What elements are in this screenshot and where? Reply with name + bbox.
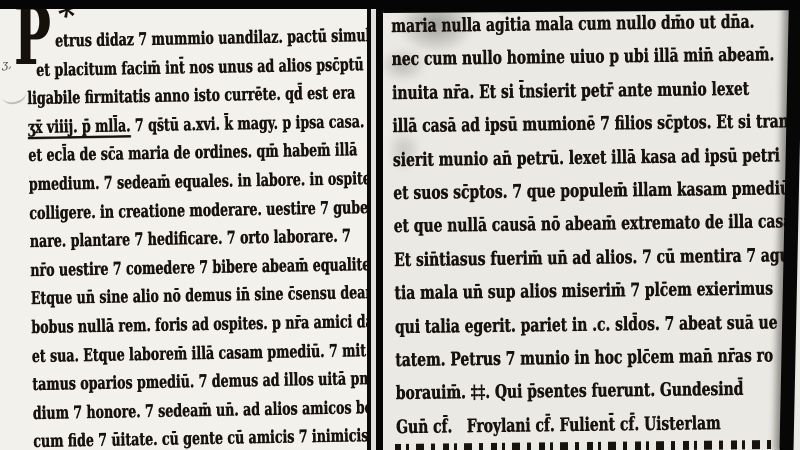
text-line: bobus nullā rem. foris ad ospites. p nr̄…: [31, 310, 280, 343]
underlined-era-segment: ʒx̄ viiij. p̄ mll̄a.: [28, 116, 131, 138]
text-line: nare. plantare 7 hedificare. 7 orto labo…: [29, 224, 278, 257]
text-line: colligere. in creatione moderare. uestir…: [29, 195, 278, 228]
text-line: dium 7 honore. 7 sedeam̄ un̄. ad alios a…: [32, 395, 281, 428]
text-line: tia mala un̄ sup alios miserim̄ 7 plc̄em…: [394, 273, 698, 310]
text-line: et suos sc̄ptos. 7 que populem̄ illam ka…: [393, 173, 697, 210]
left-page: P * ʒ, etrus didaz 7 mummio uandilaz. pa…: [0, 0, 367, 450]
left-text-column: etrus didaz 7 mummio uandilaz. pactū sim…: [26, 22, 367, 450]
text-line: etrus didaz 7 mummio uandilaz. pactū sim…: [26, 24, 275, 57]
text-line: et placitum facim̄ int̄ nos unus ad alio…: [26, 52, 275, 85]
text-line: Etque un̄ sine alio nō demus in̄ sine c̄…: [30, 281, 279, 314]
text-line: Gun̄ cf̄. Froylani cf̄. Fulient̄ cf̄. Ui…: [396, 407, 700, 444]
manuscript-scan: P * ʒ, etrus didaz 7 mummio uandilaz. pa…: [0, 0, 800, 450]
text-line: pmedium. 7 sedeam̄ equales. in labore. i…: [28, 167, 277, 200]
right-page: maria nulla agitia mala cum nullo dm̄o u…: [383, 0, 800, 450]
text-line: qui talia egerit. pariet in .c. sld̄os. …: [395, 307, 699, 344]
text-line: inuita nr̄a. Et si t̄nsierit petr̄ ante …: [392, 73, 696, 110]
text-line-era: ʒx̄ viiij. p̄ mll̄a. 7 qs̄tū a.xvi. k̄ m…: [27, 109, 276, 142]
text-line: 7 qs̄tū a.xvi. k̄ magy. p ipsa casa.: [130, 112, 364, 136]
pencil-mark: [0, 83, 28, 106]
text-line: Et sin̄tiasus fuerim̄ un̄ ad alios. 7 cū…: [394, 240, 698, 277]
margin-annotation: ʒ,: [2, 58, 12, 71]
text-line: et que nullā causā nō abeam̄ extremato d…: [393, 207, 697, 244]
text-line: cum fide 7 ūitate. cū gente cū amicis 7 …: [33, 424, 282, 450]
text-line: illā casā ad ipsū mumionē 7 filios sc̄pt…: [392, 106, 696, 143]
right-text-column: maria nulla agitia mala cum nullo dm̄o u…: [391, 5, 800, 444]
text-line: borauim̄. ‡‡. Qui p̄sentes fuerunt. Gund…: [395, 374, 699, 411]
drop-cap-initial: P: [14, 0, 50, 74]
text-line: tatem. Petrus 7 munio in hoc plc̄em man̄…: [395, 340, 699, 377]
text-line: nec cum nullo homine uiuo p ubi illā min…: [391, 40, 695, 77]
right-page-edge-bar: [376, 0, 383, 450]
text-line: ligabile firmitatis anno isto currēte. q…: [27, 81, 276, 114]
text-line: sierit munio an̄ petrū. lexet illā kasa …: [393, 140, 697, 177]
text-line: nr̄o uestire 7 comedere 7 bibere abeam̄ …: [30, 252, 279, 285]
text-line: tamus oparios pmediū. 7 demus ad illos u…: [32, 367, 281, 400]
text-line: et ecl̄a de sc̄a maria de ordines. qm̄ h…: [28, 138, 277, 171]
text-line: et sua. Etque laborem̄ illā casam pmediū…: [31, 338, 280, 371]
